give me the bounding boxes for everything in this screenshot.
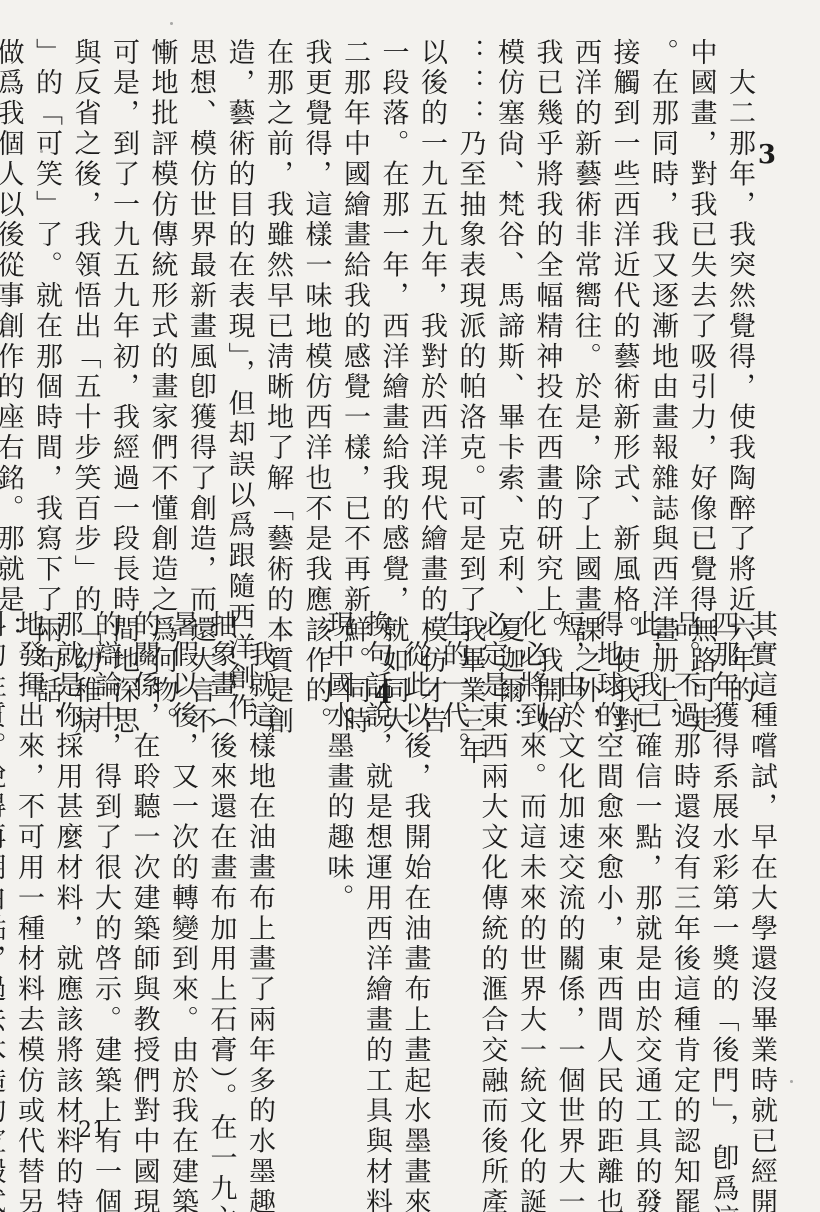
text-column: 那就是你採用甚麼材料，就應該將該材料的特性儘量 <box>47 610 86 1100</box>
page-number: 21 <box>78 1118 106 1143</box>
section-gap <box>278 610 298 1100</box>
text-column: 抽象畫（後來還在畫布加用上石膏）。在一九六一年 <box>201 610 240 1100</box>
text-column: 模仿塞尙、梵谷、馬諦斯、畢卡索、克利、夏迦爾： <box>489 38 528 598</box>
text-column: 現中國水墨畫的趣味。 <box>318 610 357 1100</box>
text-column: 可是，到了一九五九年初，我經過一段長時間地深思 <box>104 38 143 598</box>
paper-speck <box>790 1080 793 1083</box>
text-column: 得地球的空間愈來愈小，東西間人民的距離也愈來愈 <box>588 610 627 1100</box>
text-column: 思想、模仿世界最新畫風卽獲得了創造，而還大言不 <box>181 38 220 598</box>
text-column: 的關係，在聆聽一次建築師與教授們對中國現代建築 <box>124 610 163 1100</box>
paper-speck <box>170 22 173 25</box>
section-gap <box>298 610 318 1100</box>
text-column: 二那年中國繪畫給我的感覺一樣，已不再新鮮。同時 <box>335 38 374 598</box>
text-column: 與反省之後，我領悟出「五十步笑百步」的「幼稚病 <box>65 38 104 598</box>
text-column: 生的一代。 <box>434 610 473 1100</box>
text-column: 西洋的新藝術非常嚮往。於是，除了上國畫課之外， <box>566 38 605 598</box>
text-column: 在那之前，我雖然早已淸晰地了解「藝術的本質是創 <box>258 38 297 598</box>
text-column: 其實這種嚐試，早在大學還沒畢業時就已經開始。大 <box>742 610 781 1100</box>
text-column: 地發揮出來，不可用一種材料去模仿或代替另一種材 <box>9 610 48 1100</box>
text-column: 大二那年，我突然覺得，使我陶醉了將近六年的 <box>720 38 759 598</box>
section-number-4: 4 <box>374 680 392 710</box>
text-column: 我更覺得，這樣一味地模仿西洋也不是我應該作的。 <box>296 38 335 598</box>
text-column: 品。不過那時還沒有三年後這種肯定的認知罷了。至 <box>665 610 704 1100</box>
section-number-3: 3 <box>758 140 776 170</box>
text-column: 此，我已確信一點，那就是由於交通工具的發達，使 <box>626 610 665 1100</box>
section-4-text: 其實這種嚐試，早在大學還沒畢業時就已經開始。大 四那年獲得系展水彩第一獎的「後門… <box>40 610 780 1100</box>
book-page: 3 大二那年，我突然覺得，使我陶醉了將近六年的 中國畫，對我已失去了吸引力，好像… <box>0 0 820 1212</box>
text-column: 從此以後，我開始在油畫布上畫起水墨畫來了。 <box>395 610 434 1100</box>
text-column: 。在那同時，我又逐漸地由畫報雜誌與西洋畫册上， <box>643 38 682 598</box>
text-column: 接觸到一些西洋近代的藝術新形式、新風格。使我對 <box>604 38 643 598</box>
text-column: 必定是東西兩大文化傳統的滙合交融而後所產生的新 <box>472 610 511 1100</box>
text-column: 短，由於文化加速交流的關係，一個世界大一統的文 <box>549 610 588 1100</box>
text-column: 」的「可笑」了。就在那個時間，我寫下了兩句話， <box>27 38 66 598</box>
text-column: 我已幾乎將我的全幅精神投在西畫的研究上。我開始 <box>527 38 566 598</box>
text-column: 我就這樣地在油畫布上畫了兩年多的水墨趣味的 <box>240 610 279 1100</box>
text-column: 中國畫，對我已失去了吸引力，好像已覺得無路可走 <box>681 38 720 598</box>
text-column: 做爲我個人以後從事創作的座右銘。那就是： <box>0 38 27 598</box>
text-column: 化必將到來。而這未來的世界大一統文化的誕生，也 <box>511 610 550 1100</box>
text-column: 造，藝術的目的在表現」，但却誤以爲跟隨西洋創作 <box>219 38 258 598</box>
text-column: ：：：乃至抽象表現派的帕洛克。可是到了我畢業三年 <box>450 38 489 598</box>
text-column: 慚地批評模仿傳統形式的畫家們不懂創造之爲何物。 <box>142 38 181 598</box>
paper-speck <box>40 150 43 153</box>
paper-speck <box>505 1180 508 1183</box>
text-column: 料的性質。說得再明白點，過去木造的宣殿式建築， <box>0 610 9 1100</box>
section-3-text: 大二那年，我突然覺得，使我陶醉了將近六年的 中國畫，對我已失去了吸引力，好像已覺… <box>38 38 758 598</box>
text-column: 四那年獲得系展水彩第一獎的「後門」，卽爲這類作 <box>703 610 742 1100</box>
text-column: 一段落。在那一年，西洋繪畫給我的感覺，就如同大 <box>373 38 412 598</box>
text-column: 暑假以後，又一次的轉變到來。由於我在建築系教書 <box>163 610 202 1100</box>
text-column: 的辯論中，得到了很大的啓示。建築上有一個理論， <box>86 610 125 1100</box>
text-column: 以後的一九五九年，我對於西洋現代繪畫的模仿才告 <box>412 38 451 598</box>
